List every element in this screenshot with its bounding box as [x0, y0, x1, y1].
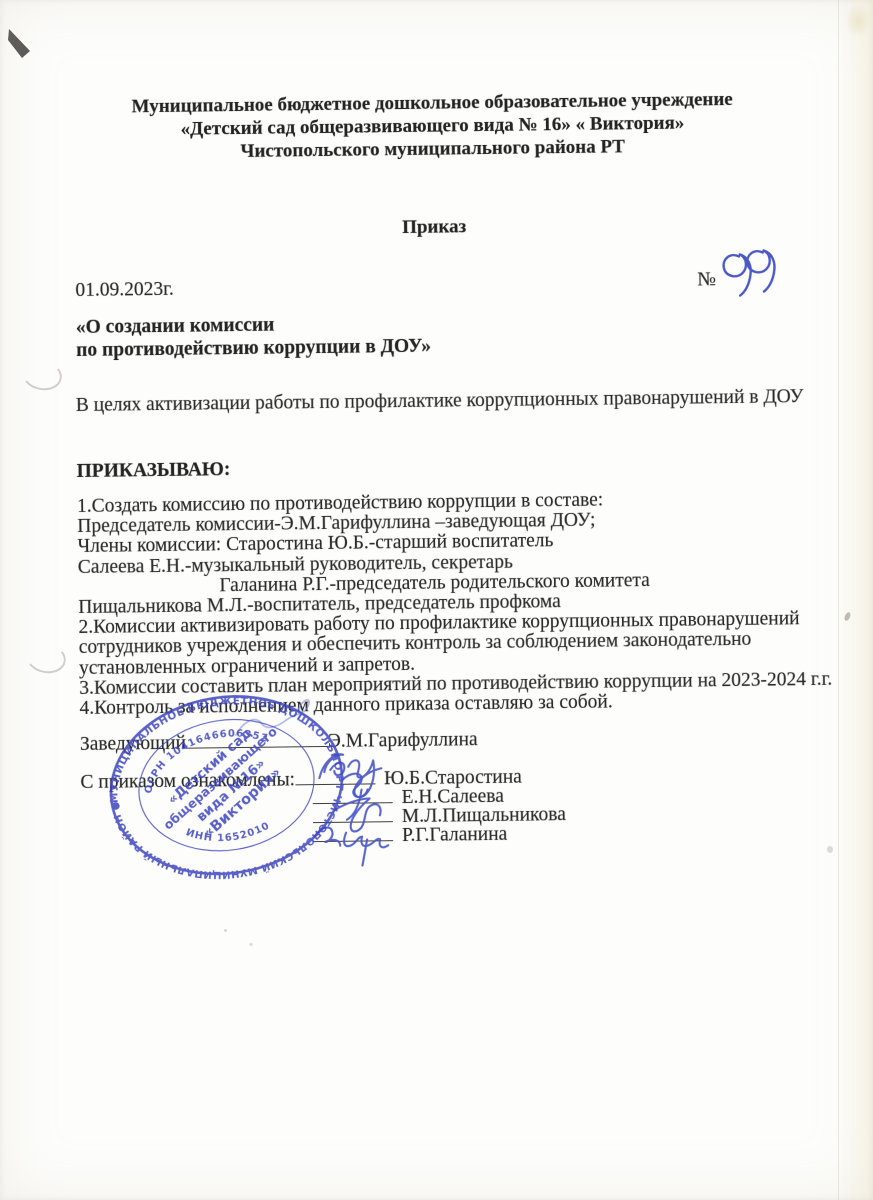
ack-name: Р.Г.Галанина	[402, 824, 507, 846]
scan-speck	[224, 929, 227, 932]
organization-round-stamp: МУНИЦИПАЛЬНОЕ БЮДЖЕТНОЕ ДОШКОЛЬНОЕ ОБРАЗ…	[101, 691, 351, 880]
order-number-label: №	[697, 269, 716, 291]
scan-speck	[827, 846, 833, 853]
order-date: 01.09.2023г.	[75, 279, 174, 302]
document-content: Муниципальное бюджетное дошкольное образ…	[0, 0, 873, 1200]
organization-header: Муниципальное бюджетное дошкольное образ…	[32, 87, 833, 166]
order-directive: ПРИКАЗЫВАЮ:	[77, 459, 231, 483]
order-body: 1.Создать комиссию по противодействию ко…	[77, 488, 840, 720]
order-subject: «О создании комиссии по противодействию …	[76, 312, 431, 362]
subject-line2: по противодействию коррупции в ДОУ»	[76, 335, 431, 362]
scan-speck	[249, 943, 253, 946]
order-title: Приказ	[0, 211, 871, 244]
corner-fold-mark	[6, 27, 36, 61]
handwritten-number-99	[723, 250, 777, 297]
scanned-order-document: Муниципальное бюджетное дошкольное образ…	[0, 0, 873, 1200]
order-preamble: В целях активизации работы по профилакти…	[76, 386, 836, 417]
paper-smudge	[845, 4, 871, 38]
head-name: Э.М.Гарифуллина	[328, 729, 478, 752]
